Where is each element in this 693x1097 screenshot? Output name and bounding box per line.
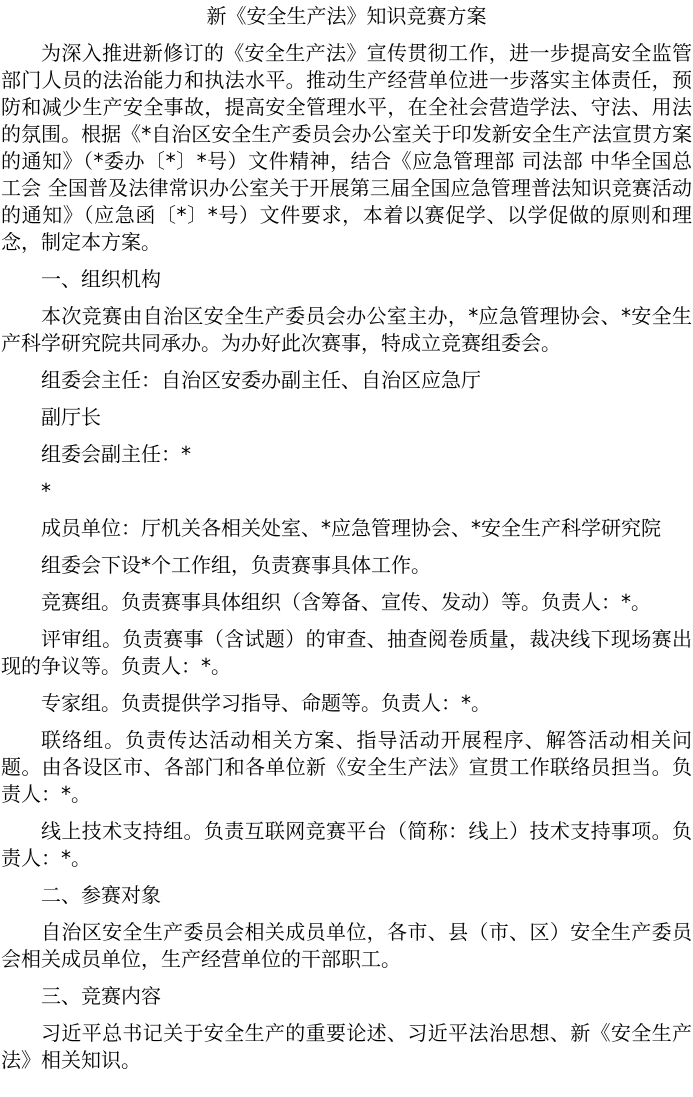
paragraph: 组委会主任：自治区安委办副主任、自治区应急厅 bbox=[1, 367, 692, 394]
paragraph: 副厅长 bbox=[1, 404, 692, 431]
paragraph: 习近平总书记关于安全生产的重要论述、习近平法治思想、新《安全生产法》相关知识。 bbox=[1, 1020, 692, 1074]
document-page: 新《安全生产法》知识竞赛方案 为深入推进新修订的《安全生产法》宣传贯彻工作，进一… bbox=[0, 0, 693, 1097]
paragraph: 联络组。负责传达活动相关方案、指导活动开展程序、解答活动相关问题。由各设区市、各… bbox=[1, 727, 692, 808]
section-heading: 二、参赛对象 bbox=[1, 882, 692, 909]
section-heading: 三、竞赛内容 bbox=[1, 983, 692, 1010]
paragraph: 组委会副主任：* bbox=[1, 441, 692, 468]
paragraph: 专家组。负责提供学习指导、命题等。负责人：*。 bbox=[1, 690, 692, 717]
paragraph: 线上技术支持组。负责互联网竞赛平台（简称：线上）技术支持事项。负责人：*。 bbox=[1, 818, 692, 872]
paragraph: 竞赛组。负责赛事具体组织（含筹备、宣传、发动）等。负责人：*。 bbox=[1, 589, 692, 616]
section-heading: 一、组织机构 bbox=[1, 266, 692, 293]
paragraph: 组委会下设*个工作组，负责赛事具体工作。 bbox=[1, 552, 692, 579]
paragraph: 自治区安全生产委员会相关成员单位，各市、县（市、区）安全生产委员会相关成员单位，… bbox=[1, 919, 692, 973]
document-title: 新《安全生产法》知识竞赛方案 bbox=[1, 3, 692, 30]
paragraph: 成员单位：厅机关各相关处室、*应急管理协会、*安全生产科学研究院 bbox=[1, 515, 692, 542]
paragraph: 为深入推进新修订的《安全生产法》宣传贯彻工作，进一步提高安全监管部门人员的法治能… bbox=[1, 40, 692, 256]
paragraph: 本次竞赛由自治区安全生产委员会办公室主办，*应急管理协会、*安全生产科学研究院共… bbox=[1, 303, 692, 357]
paragraph: 评审组。负责赛事（含试题）的审查、抽查阅卷质量，裁决线下现场赛出现的争议等。负责… bbox=[1, 626, 692, 680]
document-body: 为深入推进新修订的《安全生产法》宣传贯彻工作，进一步提高安全监管部门人员的法治能… bbox=[1, 40, 692, 1074]
paragraph: * bbox=[1, 478, 692, 505]
